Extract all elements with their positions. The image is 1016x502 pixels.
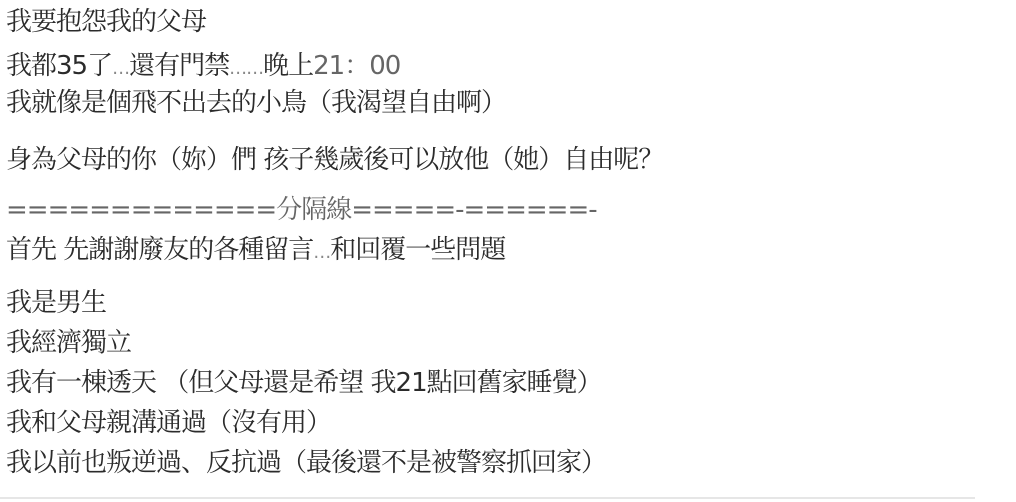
- curfew-time: 21：00: [313, 51, 400, 81]
- post-line-male: 我是男生: [6, 286, 106, 320]
- post-line-communicated: 我和父母親溝通過（沒有用）: [6, 406, 331, 440]
- ellipsis: …: [313, 242, 330, 263]
- curfew-evening-text: 晚上: [263, 51, 313, 81]
- post-line-independent: 我經濟獨立: [6, 326, 131, 360]
- post-line-thanks: 首先 先謝謝廢友的各種留言…和回覆一些問題: [6, 233, 505, 270]
- post-line-house: 我有一棟透天 （但父母還是希望 我21點回舊家睡覺）: [6, 366, 602, 400]
- post-line-question: 身為父母的你（妳）們 孩子幾歲後可以放他（她）自由呢？: [6, 143, 663, 177]
- post-line-curfew: 我都35了…還有門禁……晚上21：00: [6, 49, 400, 86]
- bottom-divider: [0, 497, 975, 499]
- post-line-rebelled: 我以前也叛逆過、反抗過（最後還不是被警察抓回家）: [6, 446, 606, 480]
- post-line-title: 我要抱怨我的父母: [6, 5, 206, 39]
- post-line-bird: 我就像是個飛不出去的小鳥（我渴望自由啊）: [6, 86, 506, 120]
- ellipsis: …: [112, 58, 129, 79]
- curfew-age-text: 我都35了: [6, 51, 112, 81]
- reply-text: 和回覆一些問題: [330, 235, 505, 265]
- curfew-text: 還有門禁: [129, 51, 229, 81]
- thanks-text: 首先 先謝謝廢友的各種留言: [6, 235, 313, 265]
- ellipsis: ……: [229, 58, 263, 79]
- divider-line: =============分隔線=====-======-: [6, 193, 597, 227]
